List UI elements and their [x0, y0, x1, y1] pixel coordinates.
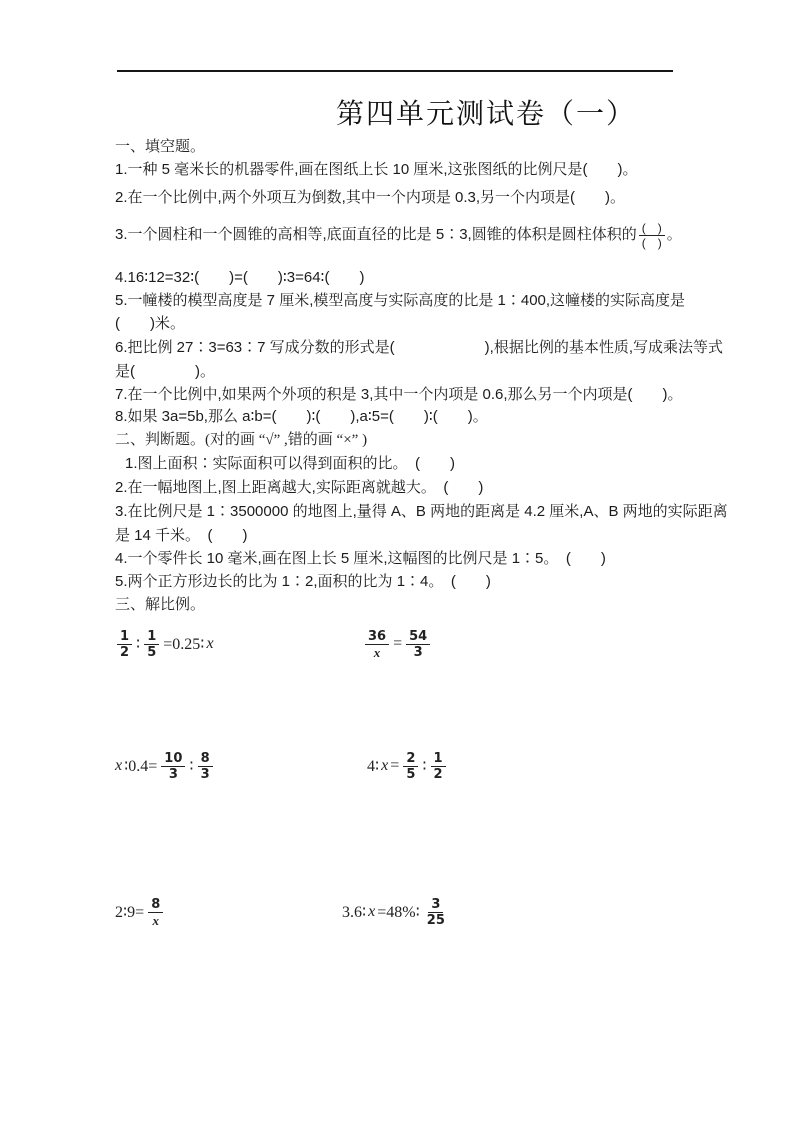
fill-item-5-line1: 5.一幢楼的模型高度是 7 厘米,模型高度与实际高度的比是 1∶400,这幢楼的… — [115, 291, 685, 311]
judge-item-4: 4.一个零件长 10 毫米,画在图上长 5 厘米,这幅图的比例尺是 1∶5。 (… — [115, 549, 606, 569]
equation-text: 2∶9= — [115, 902, 144, 922]
fraction: 36 x — [365, 629, 389, 660]
blank-fraction: ( ) ( ) — [639, 221, 665, 250]
section1-heading: 一、填空题。 — [115, 137, 205, 157]
fraction-denominator-x: x — [371, 645, 384, 660]
variable-x: x — [115, 757, 122, 775]
judge-item-2: 2.在一幅地图上,图上距离越大,实际距离就越大。 ( ) — [115, 478, 483, 498]
equation-text: ∶0.4= — [124, 756, 157, 776]
fraction-denominator: 2 — [431, 767, 446, 782]
fill-item-2: 2.在一个比例中,两个外项互为倒数,其中一个内项是 0.3,另一个内项是( )。 — [115, 188, 625, 208]
fraction-numerator: 36 — [365, 629, 389, 645]
fraction: 1 5 — [144, 629, 159, 660]
fraction: 1 2 — [431, 751, 446, 782]
fraction-denominator: 2 — [117, 645, 132, 660]
fraction: 8 3 — [198, 751, 213, 782]
equals-sign: = — [393, 635, 402, 653]
fraction-numerator: 54 — [406, 629, 430, 645]
proportion-eq-1: 1 2 ∶ 1 5 =0.25∶ x — [115, 625, 214, 663]
fraction-numerator: 1 — [117, 629, 132, 645]
blank-fraction-denominator: ( ) — [639, 236, 665, 250]
fraction-denominator: 3 — [198, 767, 213, 782]
proportion-eq-3: x ∶0.4= 10 3 ∶ 8 3 — [115, 747, 215, 785]
fraction-denominator: 3 — [166, 767, 181, 782]
fill-item-7: 7.在一个比例中,如果两个外项的积是 3,其中一个内项是 0.6,那么另一个内项… — [115, 385, 683, 405]
fraction-denominator: 25 — [424, 913, 448, 928]
fraction-numerator: 2 — [403, 751, 418, 767]
equation-text: =48%∶ — [377, 902, 420, 922]
fill-item-3-text: 3.一个圆柱和一个圆锥的高相等,底面直径的比是 5∶3,圆锥的体积是圆柱体积的 — [115, 225, 637, 245]
section2-heading: 二、判断题。(对的画 “√” ,错的画 “×” ) — [115, 430, 367, 450]
fill-item-4: 4.16∶12=32∶( )=( )∶3=64∶( ) — [115, 268, 364, 288]
equation-text: =0.25∶ — [163, 634, 204, 654]
fraction-denominator: 3 — [411, 645, 426, 660]
fill-item-3-period: 。 — [667, 225, 682, 245]
variable-x: x — [368, 903, 375, 921]
proportion-eq-6: 3.6∶ x =48%∶ 3 25 — [340, 893, 450, 931]
fraction-numerator: 8 — [148, 897, 163, 913]
fill-item-3: 3.一个圆柱和一个圆锥的高相等,底面直径的比是 5∶3,圆锥的体积是圆柱体积的 … — [115, 214, 682, 256]
fraction-numerator: 3 — [428, 897, 443, 913]
fraction: 54 3 — [406, 629, 430, 660]
fraction-numerator: 10 — [161, 751, 185, 767]
fraction: 8 x — [148, 897, 163, 928]
fraction-numerator: 1 — [144, 629, 159, 645]
fraction-numerator: 8 — [198, 751, 213, 767]
fraction: 3 25 — [424, 897, 448, 928]
judge-item-3-line1: 3.在比例尺是 1∶3500000 的地图上,量得 A、B 两地的距离是 4.2… — [115, 502, 728, 522]
fill-item-5-line2: ( )米。 — [115, 314, 185, 334]
ratio-colon: ∶ — [422, 756, 426, 776]
equals-sign: = — [390, 757, 399, 775]
fill-item-1: 1.一种 5 毫米长的机器零件,画在图纸上长 10 厘米,这张图纸的比例尺是( … — [115, 160, 638, 180]
variable-x: x — [206, 635, 213, 653]
judge-item-5: 5.两个正方形边长的比为 1∶2,面积的比为 1∶4。 ( ) — [115, 572, 491, 592]
page-title: 第四单元测试卷（一） — [336, 92, 636, 132]
proportion-eq-4: 4∶ x = 2 5 ∶ 1 2 — [365, 747, 448, 785]
judge-item-1: 1.图上面积∶实际面积可以得到面积的比。 ( ) — [125, 454, 455, 474]
fraction-numerator: 1 — [431, 751, 446, 767]
ratio-colon: ∶ — [136, 634, 140, 654]
fill-item-6-line2: 是( )。 — [115, 362, 215, 382]
ratio-colon: ∶ — [189, 756, 193, 776]
fraction: 1 2 — [117, 629, 132, 660]
proportion-eq-2: 36 x = 54 3 — [363, 625, 432, 663]
section3-heading: 三、解比例。 — [115, 595, 205, 615]
blank-fraction-numerator: ( ) — [639, 221, 665, 236]
fraction-denominator: 5 — [403, 767, 418, 782]
proportion-eq-5: 2∶9= 8 x — [113, 893, 165, 931]
fill-item-6-line1: 6.把比例 27∶3=63∶7 写成分数的形式是( ),根据比例的基本性质,写成… — [115, 338, 723, 358]
top-rule — [117, 70, 673, 72]
fraction-denominator: 5 — [144, 645, 159, 660]
fraction: 2 5 — [403, 751, 418, 782]
equation-text: 4∶ — [367, 756, 379, 776]
fill-item-8: 8.如果 3a=5b,那么 a∶b=( )∶( ),a∶5=( )∶( )。 — [115, 407, 488, 427]
fraction: 10 3 — [161, 751, 185, 782]
judge-item-3-line2: 是 14 千米。 ( ) — [115, 526, 248, 546]
test-paper-page: 第四单元测试卷（一） 一、填空题。 1.一种 5 毫米长的机器零件,画在图纸上长… — [0, 0, 793, 1122]
variable-x: x — [381, 757, 388, 775]
equation-text: 3.6∶ — [342, 902, 366, 922]
fraction-denominator-x: x — [149, 913, 162, 928]
